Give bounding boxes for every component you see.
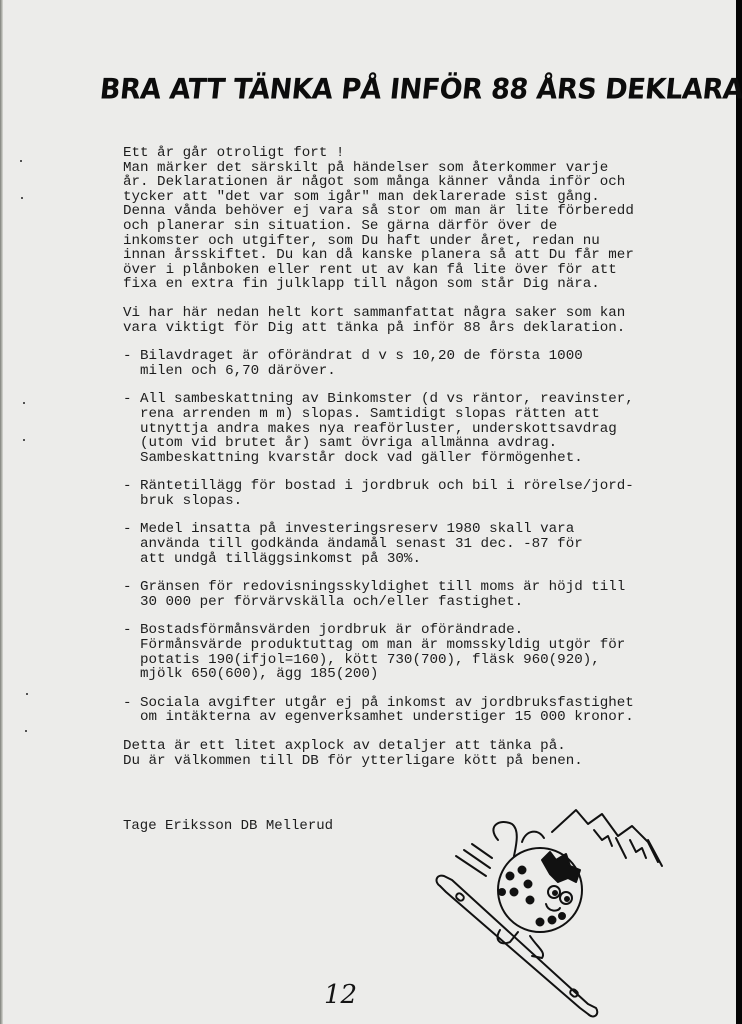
scan-edge-left [0,0,3,1024]
ski-icon [437,876,598,1017]
bullet-marker: - [123,349,140,378]
mountains-icon [552,810,662,866]
list-item: - All sambeskattning av Binkomster (d vs… [123,392,663,465]
list-item-text: Bostadsförmånsvärden jordbruk är oföränd… [140,623,625,681]
list-item: - Bostadsförmånsvärden jordbruk är oförä… [123,623,663,681]
bullet-marker: - [123,696,140,725]
list-item-text: Gränsen för redovisningsskyldighet till … [140,580,625,609]
bullet-marker: - [123,479,140,508]
intro-paragraph: Ett år går otroligt fort ! Man märker de… [123,146,663,292]
margin-dot [20,160,22,162]
skier-illustration [430,800,680,1020]
margin-dot [26,693,28,695]
speed-lines-icon [456,844,492,876]
list-item-text: Medel insatta på investeringsreserv 1980… [140,522,583,566]
page-number: 12 [324,980,357,1010]
list-item: - Bilavdraget är oförändrat d v s 10,20 … [123,349,663,378]
list-item-text: Sociala avgifter utgår ej på inkomst av … [140,696,634,725]
list-item-text: All sambeskattning av Binkomster (d vs r… [140,392,634,465]
list-item: - Sociala avgifter utgår ej på inkomst a… [123,696,663,725]
margin-dot [23,439,25,441]
bullet-marker: - [123,580,140,609]
list-item: - Medel insatta på investeringsreserv 19… [123,522,663,566]
list-item-text: Bilavdraget är oförändrat d v s 10,20 de… [140,349,583,378]
signature: Tage Eriksson DB Mellerud [123,818,333,834]
closing-paragraph: Detta är ett litet axplock av detaljer a… [123,739,663,768]
margin-dot [23,402,25,404]
list-item-text: Räntetillägg för bostad i jordbruk och b… [140,479,634,508]
cartoon-figure-icon [493,822,582,958]
list-item: - Räntetillägg för bostad i jordbruk och… [123,479,663,508]
bullet-marker: - [123,623,140,681]
page-title: Bra att tänka på inför 88 års deklaratio… [98,73,701,106]
margin-dot [25,730,27,732]
bullet-marker: - [123,522,140,566]
document-body: Ett år går otroligt fort ! Man märker de… [123,146,663,782]
summary-paragraph: Vi har här nedan helt kort sammanfattat … [123,306,663,335]
margin-dot [21,197,23,199]
list-item: - Gränsen för redovisningsskyldighet til… [123,580,663,609]
scan-edge-right [736,0,742,1024]
bullet-marker: - [123,392,140,465]
